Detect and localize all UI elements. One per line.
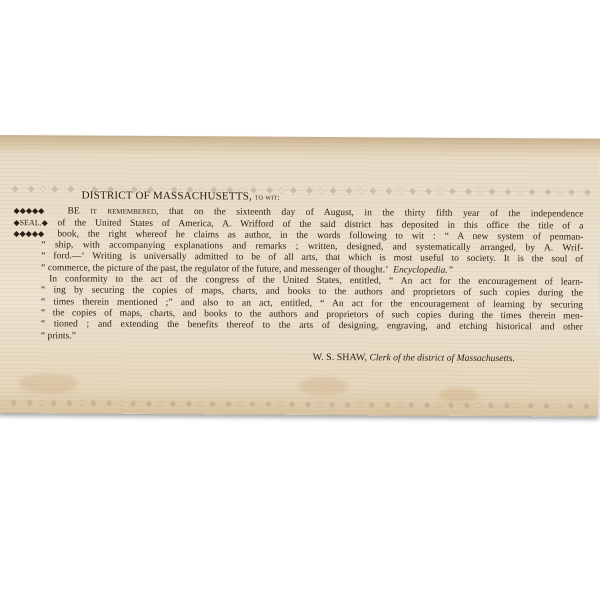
- citation: Encyclopedia.”: [393, 264, 453, 275]
- heading-title: DISTRICT OF MASSACHUSETTS,: [82, 189, 252, 202]
- heading-suffix: to wit:: [255, 193, 280, 202]
- copyright-document-paper: ·◆··◆·◇·◆··◆·◇·◆··◆·◇·◆··◆·◇·◆··◆·◇·◆··◆…: [0, 135, 600, 417]
- paragraph-line: “ prints.”: [13, 330, 583, 345]
- signature-name: W. S. SHAW,: [313, 352, 367, 363]
- seal-label: ◆SEAL.◆: [13, 217, 57, 229]
- signature: W. S. SHAW, Clerk of the district of Mas…: [313, 352, 583, 365]
- lead-phrase: BE it remembered,: [68, 206, 159, 218]
- seal-ornament-icon: ◆◆◆◆◆: [13, 228, 57, 240]
- document-body: DISTRICT OF MASSACHUSETTS, to wit: ◆◆◆◆◆…: [13, 190, 584, 365]
- seal-ornament-icon: ◆◆◆◆◆: [14, 205, 58, 217]
- document-heading: DISTRICT OF MASSACHUSETTS, to wit:: [82, 190, 584, 204]
- signature-title: Clerk of the district of Massachusetts.: [369, 352, 515, 364]
- paper-stain: [18, 373, 78, 393]
- paragraph-text: “ prints.”: [41, 330, 583, 345]
- ornamental-border-bottom: ·◆··◆·◇·◆··◆·◇·◆··◆·◇·◆··◆·◇·◆··◆·◇·◆··◆…: [6, 397, 590, 411]
- paper-stain: [298, 377, 348, 395]
